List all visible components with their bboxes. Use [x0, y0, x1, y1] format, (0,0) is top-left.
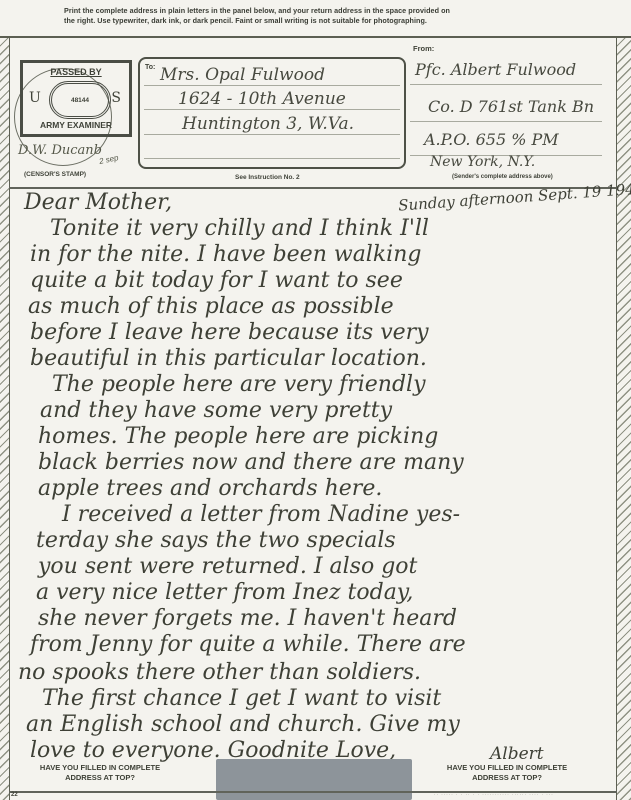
letter-line: homes. The people here are picking: [38, 424, 438, 449]
letter-signature: Albert: [490, 744, 544, 764]
top-divider: [0, 36, 631, 38]
letter-line: an English school and church. Give my: [26, 712, 460, 737]
letter-line: terday she says the two specials: [36, 528, 396, 553]
letter-line: apple trees and orchards here.: [38, 476, 382, 501]
censor-stamp: PASSED BY U 48144 S ARMY EXAMINER: [20, 60, 132, 137]
form-number: 22: [11, 792, 18, 798]
sender-name: Pfc. Albert Fulwood: [415, 60, 576, 79]
censor-caption: (CENSOR'S STAMP): [24, 171, 86, 178]
letter-line: from Jenny for quite a while. There are: [30, 632, 466, 657]
recipient-address-panel: To: Mrs. Opal Fulwood 1624 - 10th Avenue…: [138, 57, 406, 169]
recipient-street: 1624 - 10th Avenue: [178, 89, 346, 109]
letter-line: black berries now and there are many: [38, 450, 464, 475]
sender-apo: A.P.O. 655 % PM: [424, 130, 559, 149]
letter-line: in for the nite. I have been walking: [30, 242, 421, 267]
examiner-number: 48144: [49, 81, 111, 119]
letter-greeting: Dear Mother,: [24, 190, 172, 215]
sender-unit: Co. D 761st Tank Bn: [428, 97, 594, 116]
see-instruction-note: See Instruction No. 2: [235, 174, 300, 181]
letter-line: before I leave here because its very: [30, 320, 429, 345]
letter-line: quite a bit today for I want to see: [30, 268, 403, 293]
letter-line: a very nice letter from Inez today,: [36, 580, 413, 605]
letter-line: she never forgets me. I haven't heard: [38, 606, 457, 631]
recipient-city: Huntington 3, W.Va.: [182, 114, 354, 134]
letter-line: The people here are very friendly: [52, 372, 426, 397]
letter-line: The first chance I get I want to visit: [42, 686, 441, 711]
footer-reminder-left: HAVE YOU FILLED IN COMPLETE ADDRESS AT T…: [30, 763, 170, 783]
letter-dateline: Sunday afternoon Sept. 19 1944: [398, 179, 631, 214]
left-hatched-margin: [0, 38, 10, 800]
redaction-block: [216, 759, 412, 800]
censor-signature: D.W. Ducanb: [18, 143, 102, 158]
letter-line: beautiful in this particular location.: [30, 346, 427, 371]
right-hatched-margin: [616, 38, 631, 800]
recipient-name: Mrs. Opal Fulwood: [160, 65, 325, 85]
letter-line: you sent were returned. I also got: [38, 554, 417, 579]
form-instructions: Print the complete address in plain lett…: [64, 6, 564, 26]
printer-imprint: ·· ····· · · ·· · · ··········· ······ ·…: [434, 792, 554, 797]
footer-reminder-right: HAVE YOU FILLED IN COMPLETE ADDRESS AT T…: [432, 763, 582, 783]
sender-city: New York, N.Y.: [430, 154, 535, 170]
letter-line: I received a letter from Nadine yes-: [62, 502, 460, 527]
letter-line: no spooks there other than soldiers.: [18, 660, 421, 685]
letter-line: and they have some very pretty: [40, 398, 392, 423]
letter-line: Tonite it very chilly and I think I'll: [50, 216, 429, 241]
letter-line: as much of this place as possible: [28, 294, 394, 319]
vmail-letter: Print the complete address in plain lett…: [0, 0, 631, 800]
